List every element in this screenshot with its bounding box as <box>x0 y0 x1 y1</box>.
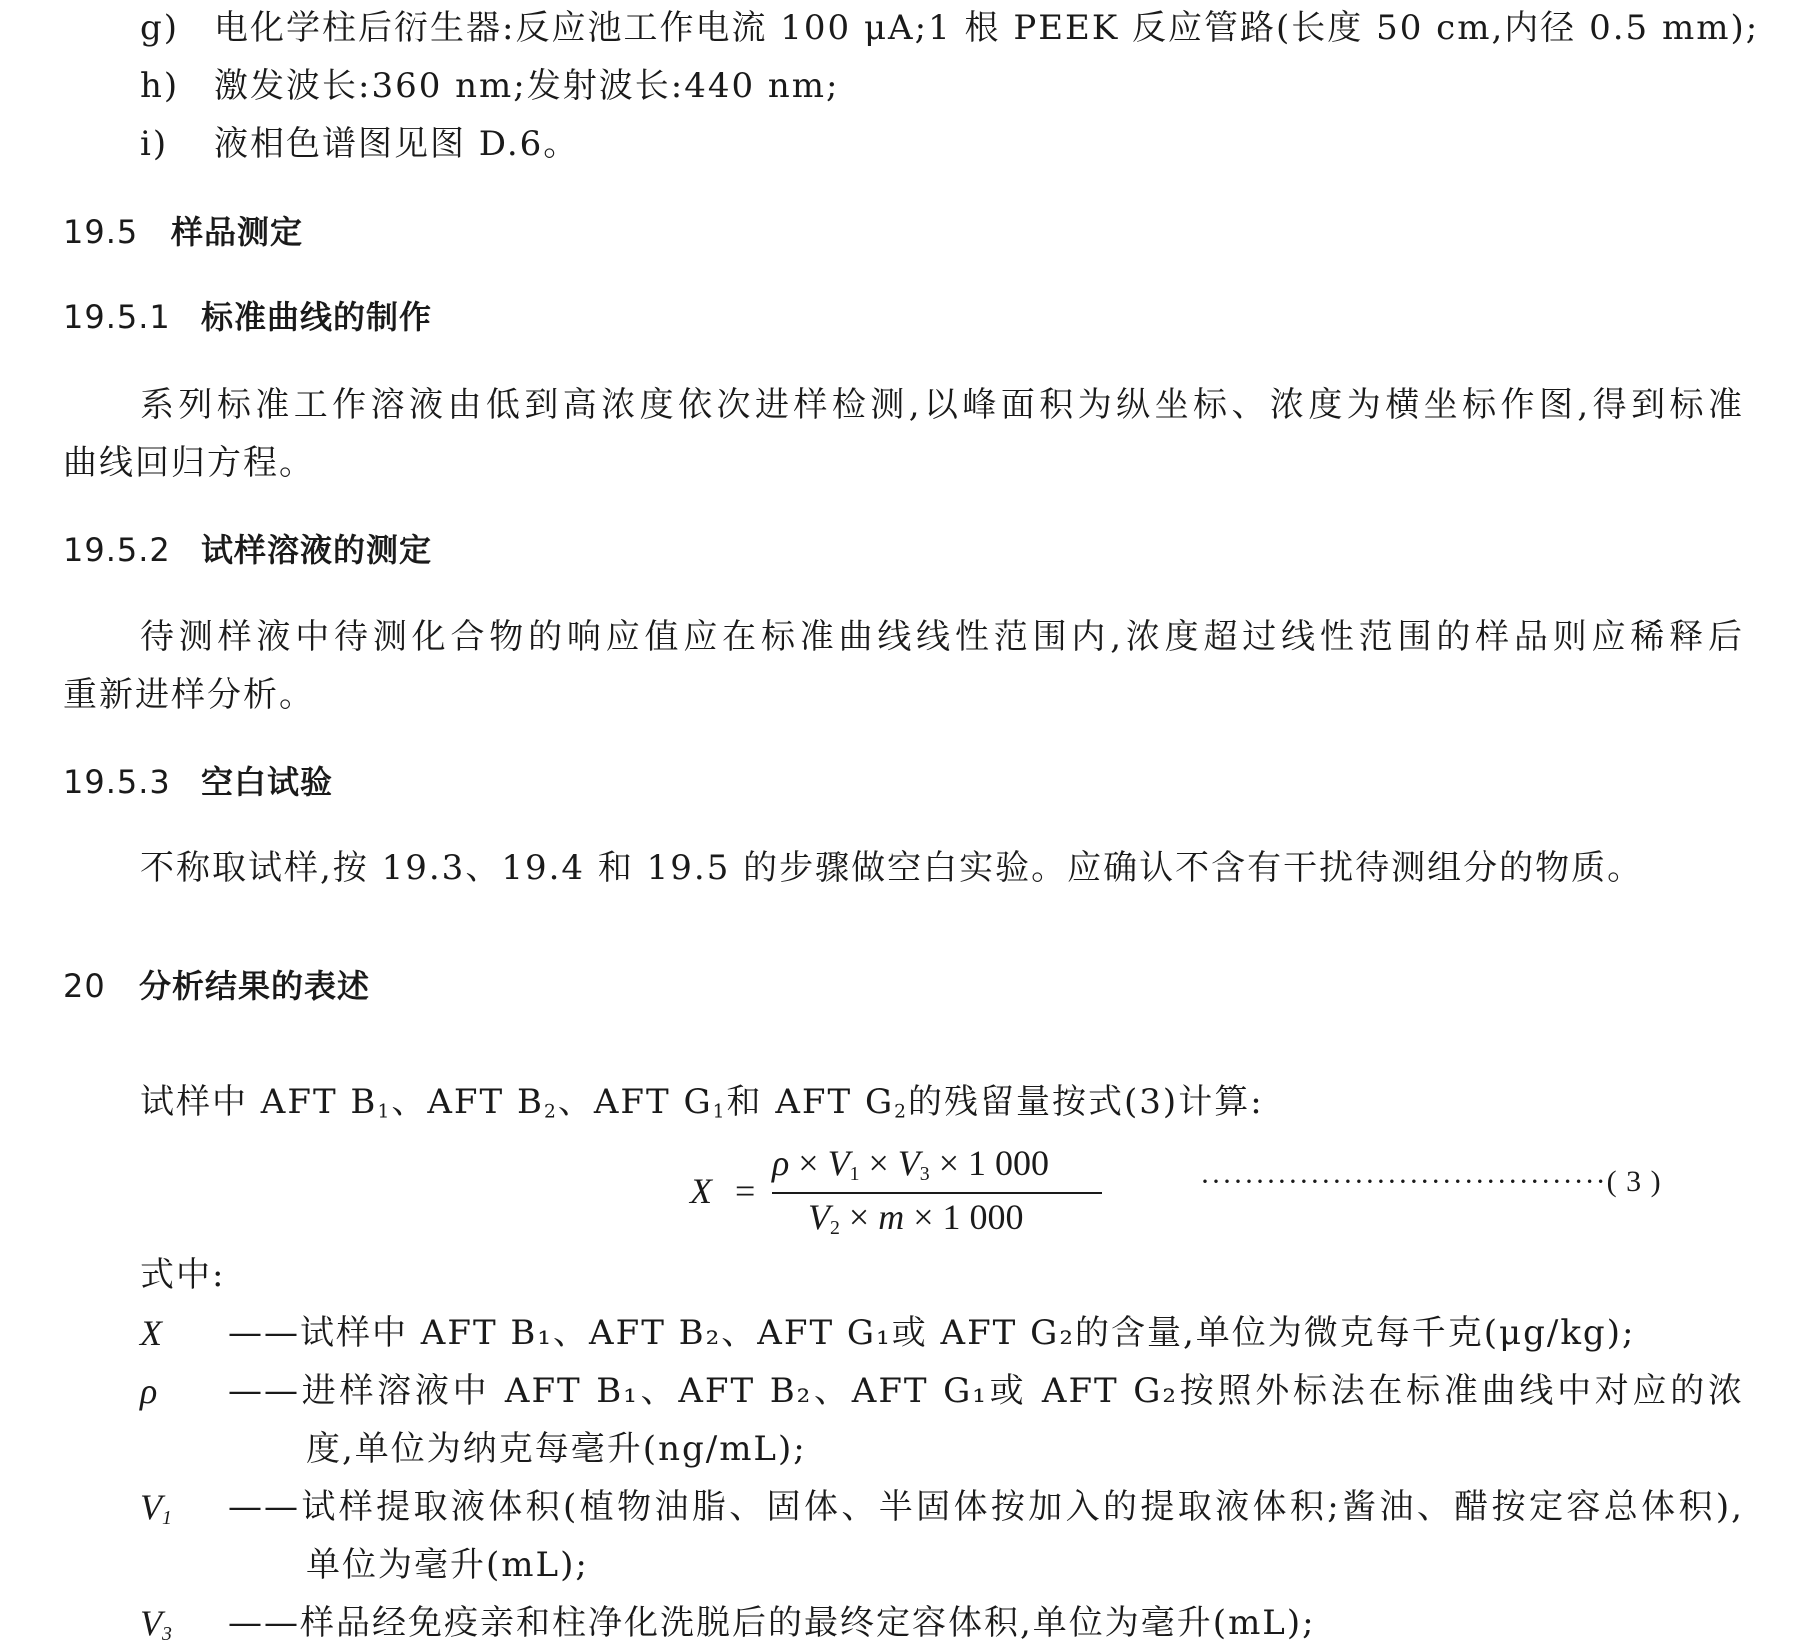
def-symbol: V3 <box>140 1602 172 1644</box>
def-text-cont: 单位为毫升(mL); <box>306 1545 589 1585</box>
section-title: 标准曲线的制作 <box>201 298 432 336</box>
list-text: 激发波长:360 nm;发射波长:440 nm; <box>214 66 840 106</box>
section-number: 19.5.3 <box>63 762 201 802</box>
section-number: 19.5 <box>63 212 171 252</box>
document-page: g)电化学柱后衍生器:反应池工作电流 100 μA;1 根 PEEK 反应管路(… <box>0 0 1797 1650</box>
section-heading-19-5: 19.5样品测定 <box>63 212 303 252</box>
section-heading-19-5-3: 19.5.3空白试验 <box>63 762 333 802</box>
list-item-g: g)电化学柱后衍生器:反应池工作电流 100 μA;1 根 PEEK 反应管路(… <box>140 8 1759 48</box>
equation-number: ·····································( 3… <box>1200 1165 1662 1199</box>
paragraph-19-5-2-line1: 待测样液中待测化合物的响应值应在标准曲线线性范围内,浓度超过线性范围的样品则应稀… <box>140 617 1744 657</box>
section-number: 20 <box>63 966 139 1006</box>
section-number: 19.5.2 <box>63 530 201 570</box>
section-heading-19-5-1: 19.5.1标准曲线的制作 <box>63 297 432 337</box>
equation-3: X = ρ × V1 × V3 × 1 000 V2 × m × 1 000 <box>690 1140 1140 1250</box>
leader-dots: ····································· <box>1200 1165 1607 1198</box>
formula-lhs: X <box>690 1170 712 1212</box>
list-item-i: i)液相色谱图见图 D.6。 <box>140 124 579 164</box>
def-text: ——试样提取液体积(植物油脂、固体、半固体按加入的提取液体积;酱油、醋按定容总体… <box>228 1487 1744 1527</box>
formula-denominator: V2 × m × 1 000 <box>808 1196 1024 1238</box>
formula-numerator: ρ × V1 × V3 × 1 000 <box>772 1142 1049 1184</box>
def-text: ——进样溶液中 AFT B₁、AFT B₂、AFT G₁或 AFT G₂按照外标… <box>228 1371 1744 1411</box>
list-label: h) <box>140 66 214 106</box>
list-label: i) <box>140 124 214 164</box>
section-heading-19-5-2: 19.5.2试样溶液的测定 <box>63 530 432 570</box>
equation-label: ( 3 ) <box>1607 1165 1662 1198</box>
def-symbol: ρ <box>140 1370 157 1412</box>
fraction-bar <box>772 1192 1102 1194</box>
section-title: 样品测定 <box>171 213 303 251</box>
list-text: 电化学柱后衍生器:反应池工作电流 100 μA;1 根 PEEK 反应管路(长度… <box>214 8 1759 48</box>
paragraph-19-5-2-line2: 重新进样分析。 <box>63 675 315 715</box>
paragraph-19-5-1-line2: 曲线回归方程。 <box>63 443 315 483</box>
section-title: 空白试验 <box>201 763 333 801</box>
def-text: ——样品经免疫亲和柱净化洗脱后的最终定容体积,单位为毫升(mL); <box>228 1603 1316 1643</box>
list-label: g) <box>140 8 214 48</box>
where-label: 式中: <box>140 1255 225 1295</box>
formula-intro: 试样中 AFT B1、AFT B2、AFT G1和 AFT G2的残留量按式(3… <box>140 1082 1264 1122</box>
section-number: 19.5.1 <box>63 297 201 337</box>
section-title: 分析结果的表述 <box>139 967 370 1005</box>
def-text: ——试样中 AFT B₁、AFT B₂、AFT G₁或 AFT G₂的含量,单位… <box>228 1313 1635 1353</box>
list-text: 液相色谱图见图 D.6。 <box>214 124 579 164</box>
list-item-h: h)激发波长:360 nm;发射波长:440 nm; <box>140 66 840 106</box>
section-title: 试样溶液的测定 <box>201 531 432 569</box>
def-text-cont: 度,单位为纳克每毫升(ng/mL); <box>306 1429 807 1469</box>
def-symbol: V1 <box>140 1486 172 1528</box>
section-heading-20: 20分析结果的表述 <box>63 966 370 1006</box>
paragraph-19-5-3-line1: 不称取试样,按 19.3、19.4 和 19.5 的步骤做空白实验。应确认不含有… <box>140 848 1643 888</box>
formula-equals: = <box>735 1170 755 1212</box>
paragraph-19-5-1-line1: 系列标准工作溶液由低到高浓度依次进样检测,以峰面积为纵坐标、浓度为横坐标作图,得… <box>140 385 1744 425</box>
def-symbol: X <box>140 1312 162 1354</box>
